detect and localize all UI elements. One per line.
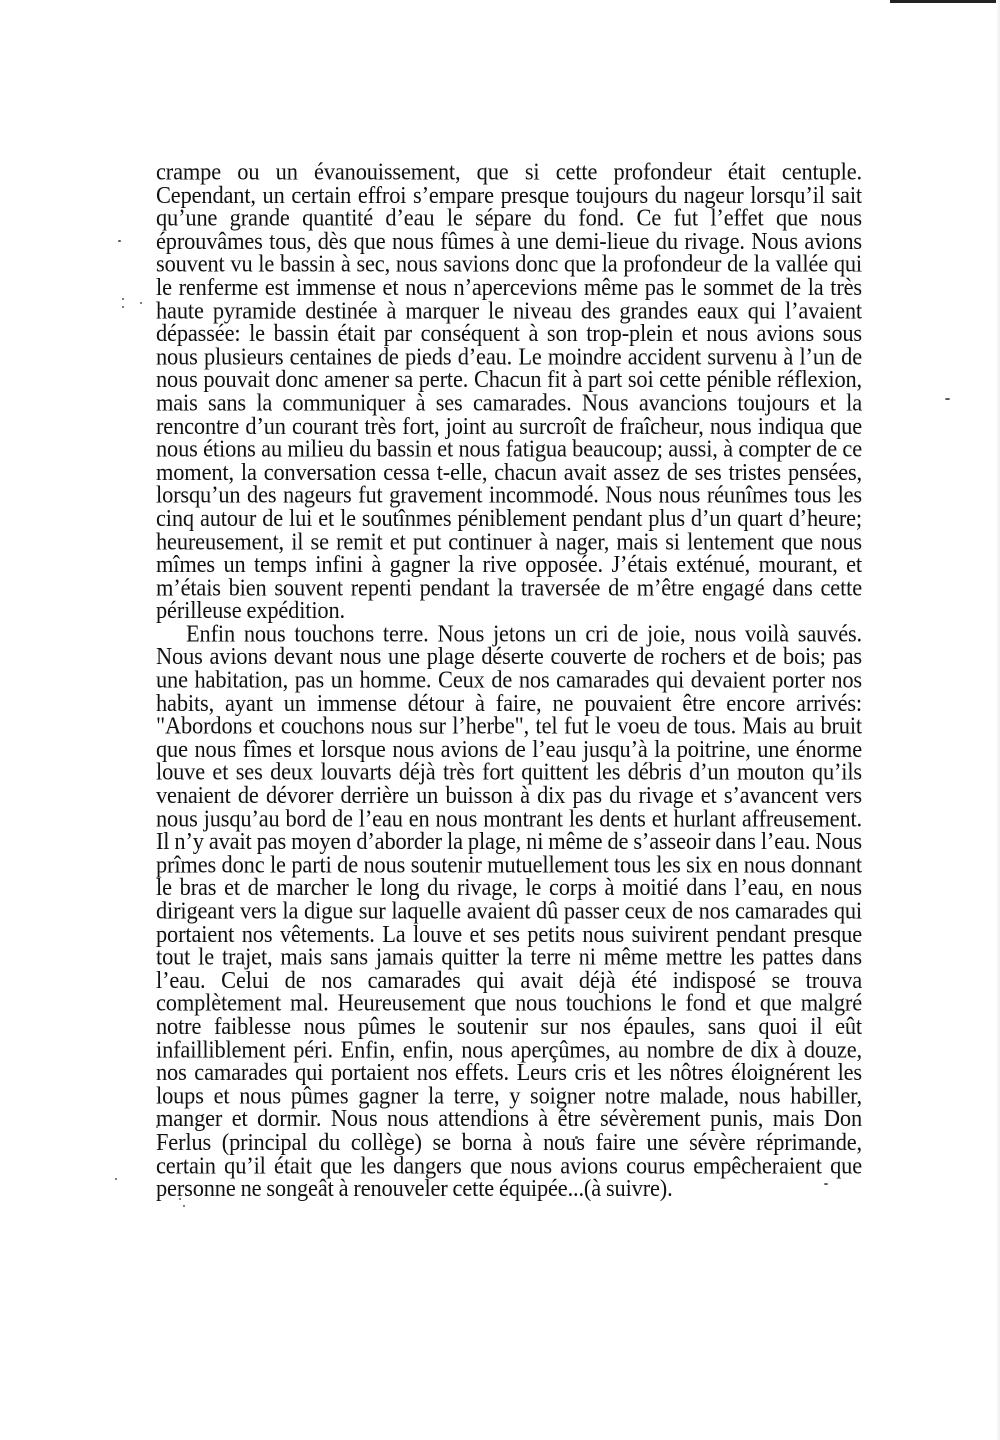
scan-speck (122, 306, 124, 308)
paragraph-1: crampe ou un évanouissement, que si cett… (156, 160, 862, 622)
scan-speck (118, 240, 121, 242)
scan-speck (179, 1198, 181, 1200)
document-body: crampe ou un évanouissement, que si cett… (156, 160, 862, 1200)
page-corner-edge (890, 0, 1000, 3)
scan-speck (156, 1126, 158, 1128)
paragraph-2: Enfin nous touchons terre. Nous jetons u… (156, 622, 862, 1200)
scan-speck (115, 1178, 117, 1180)
scan-speck (157, 1116, 159, 1118)
scan-speck (575, 1136, 578, 1139)
scan-speck (945, 398, 950, 400)
scan-speck (183, 1205, 185, 1207)
scan-speck (575, 1100, 577, 1102)
scan-speck (824, 1183, 828, 1185)
page-edge-shadow (996, 0, 1000, 1440)
scan-speck (122, 298, 124, 300)
scan-speck (140, 302, 142, 304)
